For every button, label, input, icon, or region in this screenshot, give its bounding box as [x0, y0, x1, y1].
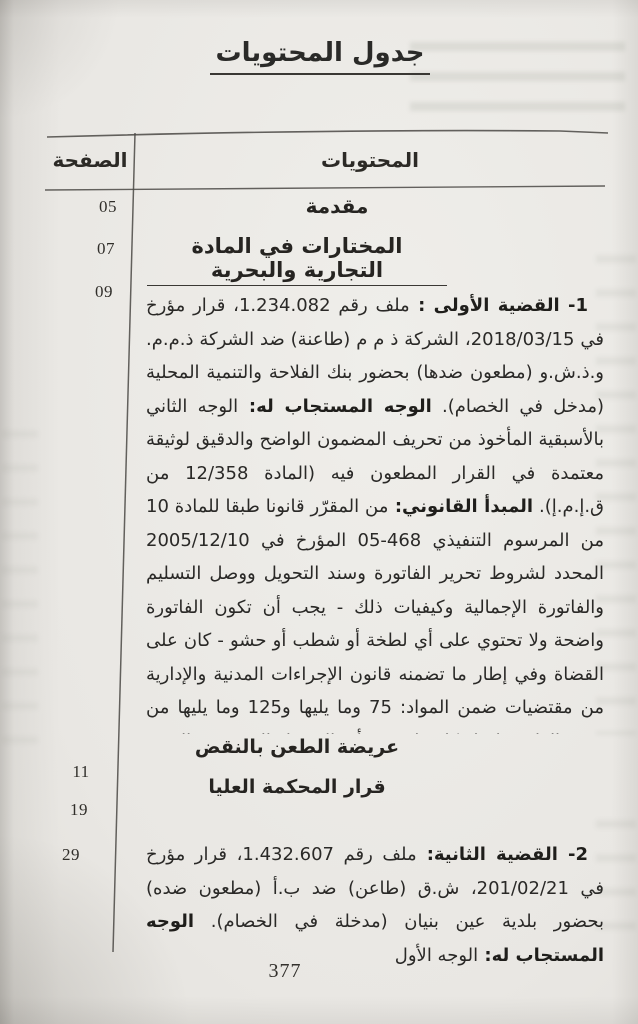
page-number-decision: 19 — [64, 800, 94, 820]
toc-entry-introduction: مقدمة — [147, 194, 527, 218]
page-number-intro: 05 — [93, 197, 123, 217]
section-heading-text: المختارات في المادة التجارية والبحرية — [147, 234, 447, 286]
scanned-book-page: جدول المحتويات الصفحة المحتويات 05 07 09… — [0, 0, 638, 1024]
page-number-case1: 09 — [89, 282, 119, 302]
bleed-through-artifact — [2, 430, 38, 750]
table-header-underline — [45, 186, 605, 190]
page-number-section: 07 — [91, 239, 121, 259]
column-header-page: الصفحة — [45, 148, 135, 172]
case2-ground-text: الوجه الأول — [395, 945, 478, 966]
folio-page-number: 377 — [255, 960, 315, 983]
case2-number-label: 2- القضية الثانية: — [417, 844, 588, 865]
table-border-top — [47, 131, 608, 137]
toc-entry-cassation-petition: عريضة الطعن بالنقض — [147, 736, 447, 758]
page-title-text: جدول المحتويات — [210, 38, 431, 75]
case1-number-label: 1- القضية الأولى : — [410, 295, 588, 316]
page-number-case2: 29 — [56, 845, 86, 865]
page-title: جدول المحتويات — [160, 38, 480, 75]
case1-principle-label: المبدأ القانوني: — [388, 496, 533, 517]
case1-ground-label: الوجه المستجاب له: — [238, 396, 432, 417]
toc-entry-section-heading: المختارات في المادة التجارية والبحرية — [147, 234, 447, 286]
page-number-petition: 11 — [66, 762, 96, 782]
toc-entry-case1-summary: 1- القضية الأولى : ملف رقم 1.234.082، قر… — [146, 289, 604, 734]
case1-principle-text: من المقرّر قانونا طبقا للمادة 10 من المر… — [146, 496, 604, 734]
column-header-contents: المحتويات — [135, 148, 605, 172]
toc-entry-case2-summary: 2- القضية الثانية: ملف رقم 1.432.607، قر… — [146, 838, 604, 972]
toc-entry-supreme-court-decision: قرار المحكمة العليا — [147, 776, 447, 798]
